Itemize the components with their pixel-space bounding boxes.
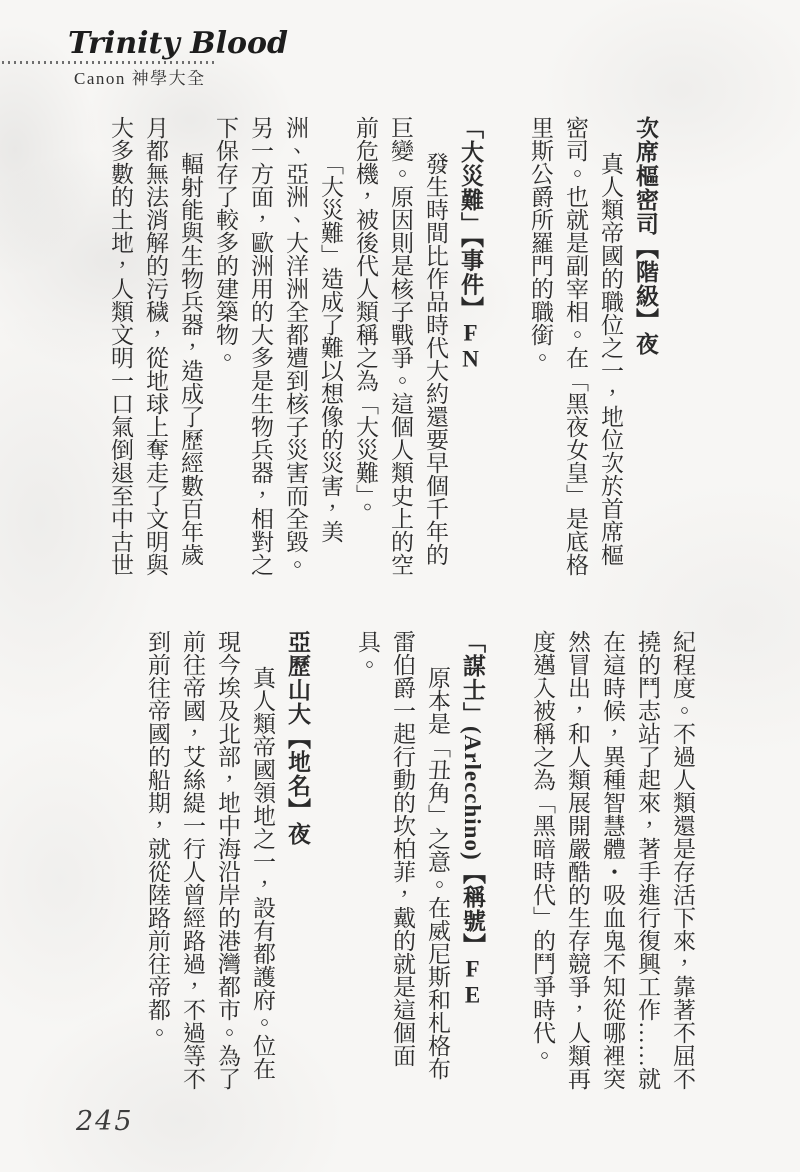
entry-body-paragraph: 原本是「丑角」之意。在威尼斯和札格布雷伯爵一起行動的坎柏菲，戴的就是這個面具。	[350, 630, 455, 1090]
entry-body-continuation: 紀程度。不過人類還是存活下來，靠著不屈不撓的鬥志站了起來，著手進行復興工作……就…	[525, 630, 700, 1090]
entry-body-paragraph: 真人類帝國的職位之一，地位次於首席樞密司。也就是副宰相。在「黑夜女皇」是底格里斯…	[523, 116, 628, 576]
entry-heading-code: FE	[460, 957, 485, 1009]
entry-heading-text: 亞歷山大【地名】夜	[285, 630, 310, 846]
entry-body-paragraph: 輻射能與生物兵器，造成了歷經數百年歲月都無法消解的污穢，從地球上奪走了文明與大多…	[103, 116, 208, 576]
entry-heading-vice-privy-councillor: 次席樞密司【階級】夜	[628, 116, 663, 576]
entry-body-paragraph: 真人類帝國領地之一，設有都護府。位在現今埃及北部，地中海沿岸的港灣都市。為了前往…	[140, 630, 280, 1090]
entry-heading-code: FN	[458, 321, 483, 373]
entry-heading-text: 次席樞密司【階級】夜	[633, 116, 658, 356]
entry-heading-text: 「謀士」(Arlecchino)【稱號】	[460, 630, 485, 957]
book-subtitle: Canon 神學大全	[74, 64, 206, 89]
entry-body-paragraph: 「大災難」造成了難以想像的災害，美洲、亞洲、大洋洲全都遭到核子災害而全毀。另一方…	[208, 116, 348, 576]
glossary-top-section: 次席樞密司【階級】夜 真人類帝國的職位之一，地位次於首席樞密司。也就是副宰相。在…	[103, 116, 663, 576]
book-page: Trinity Blood Canon 神學大全 次席樞密司【階級】夜 真人類帝…	[0, 0, 800, 1172]
entry-body-paragraph: 發生時間比作品時代大約還要早個千年的巨變。原因則是核子戰爭。這個人類史上的空前危…	[348, 116, 453, 576]
entry-heading-arlecchino: 「謀士」(Arlecchino)【稱號】FE	[455, 630, 490, 1090]
entry-heading-alexandria: 亞歷山大【地名】夜	[280, 630, 315, 1090]
page-number: 245	[76, 1106, 134, 1137]
glossary-bottom-section: 紀程度。不過人類還是存活下來，靠著不屈不撓的鬥志站了起來，著手進行復興工作……就…	[140, 630, 700, 1090]
series-logo: Trinity Blood	[68, 26, 288, 61]
entry-heading-text: 「大災難」【事件】	[458, 116, 483, 321]
entry-heading-armageddon: 「大災難」【事件】FN	[453, 116, 488, 576]
